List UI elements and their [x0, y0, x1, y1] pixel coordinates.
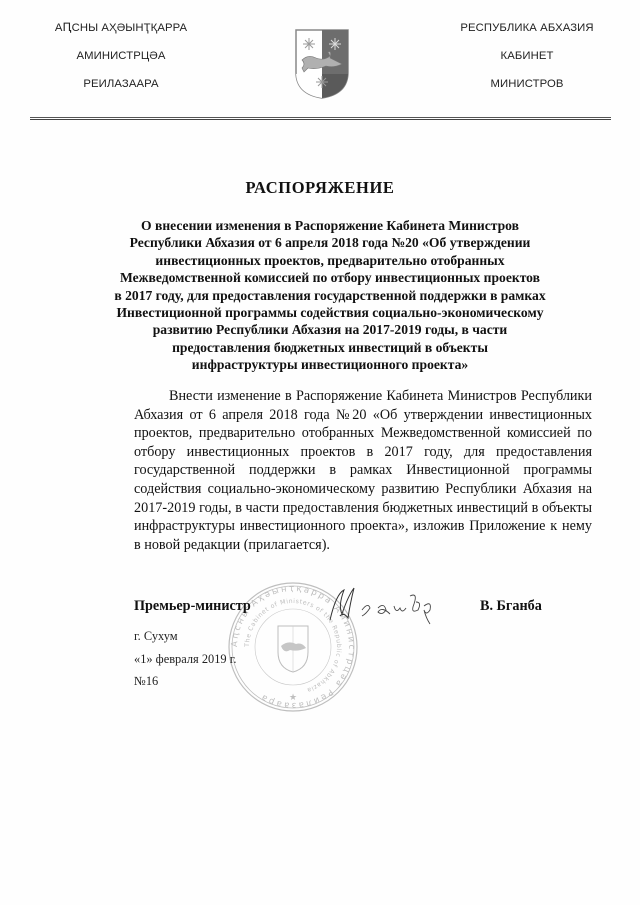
- subject-line: инвестиционных проектов, предварительно …: [100, 252, 560, 269]
- svg-text:★: ★: [289, 692, 297, 702]
- signatory-name: В. Бганба: [480, 598, 542, 615]
- letterhead-russian: РЕСПУБЛИКА АБХАЗИЯ КАБИНЕТ МИНИСТРОВ: [432, 22, 622, 106]
- document-body: Внести изменение в Распоряжение Кабинета…: [134, 387, 592, 554]
- handwritten-signature: [326, 584, 436, 626]
- coat-of-arms-icon: [294, 28, 350, 100]
- document-date: «1» февраля 2019 г.: [134, 652, 237, 667]
- letterhead-abkhaz: АԤСНЫ АҲӘЫНҬҚАРРА АМИНИСТРЦӘА РЕИЛАЗААРА: [26, 22, 216, 106]
- subject-line: инфраструктуры инвестиционного проекта»: [100, 356, 560, 373]
- letterhead-divider: [30, 117, 611, 120]
- subject-line: О внесении изменения в Распоряжение Каби…: [100, 217, 560, 234]
- subject-line: Республики Абхазия от 6 апреля 2018 года…: [100, 234, 560, 251]
- letterhead-abkhaz-line-3: РЕИЛАЗААРА: [26, 78, 216, 91]
- subject-line: Межведомственной комиссией по отбору инв…: [100, 269, 560, 286]
- subject-line: развитию Республики Абхазия на 2017-2019…: [100, 321, 560, 338]
- letterhead-russian-line-3: МИНИСТРОВ: [432, 78, 622, 91]
- document-number: №16: [134, 674, 158, 689]
- document-subject: О внесении изменения в Распоряжение Каби…: [100, 217, 560, 374]
- subject-line: Инвестиционной программы содействия соци…: [100, 304, 560, 321]
- letterhead-russian-line-1: РЕСПУБЛИКА АБХАЗИЯ: [432, 22, 622, 35]
- letterhead-abkhaz-line-1: АԤСНЫ АҲӘЫНҬҚАРРА: [26, 22, 216, 35]
- signatory-role: Премьер-министр: [134, 598, 251, 615]
- document-page: АԤСНЫ АҲӘЫНҬҚАРРА АМИНИСТРЦӘА РЕИЛАЗААРА…: [0, 0, 640, 905]
- subject-line: в 2017 году, для предоставления государс…: [100, 287, 560, 304]
- letterhead-russian-line-2: КАБИНЕТ: [432, 50, 622, 63]
- document-title: РАСПОРЯЖЕНИЕ: [0, 178, 640, 198]
- subject-line: предоставления бюджетных инвестиций в об…: [100, 339, 560, 356]
- letterhead-abkhaz-line-2: АМИНИСТРЦӘА: [26, 50, 216, 63]
- document-city: г. Сухум: [134, 629, 178, 644]
